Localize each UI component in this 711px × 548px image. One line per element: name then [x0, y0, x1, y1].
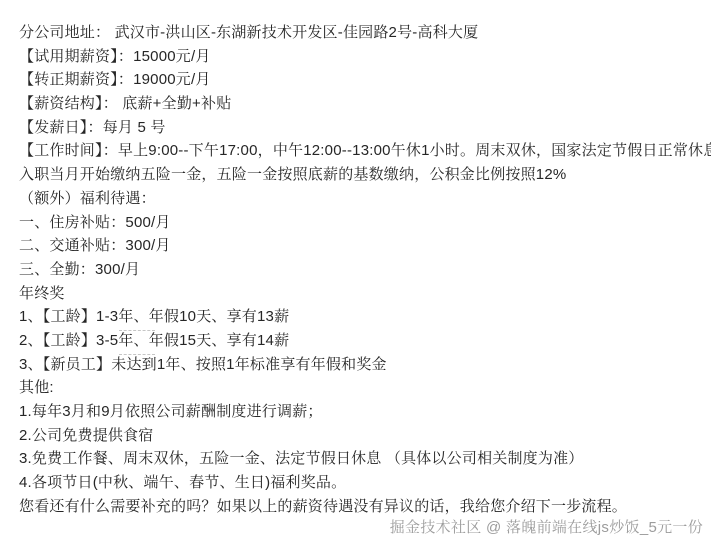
doc-line-festival-gifts: 4.各项节日(中秋、端午、春节、生日)福利奖品。 [19, 471, 711, 495]
doc-line-regular-salary: 【转正期薪资】：19000元/月 [19, 68, 711, 92]
doc-line-seniority-1-3: 1、【工龄】1-3年、年假10天、享有13薪 [19, 305, 711, 329]
spellcheck-underline [119, 353, 155, 355]
doc-line-new-employee: 3、【新员工】未达到1年、按照1年标准享有年假和奖金 [19, 353, 711, 377]
spellcheck-underline [119, 329, 155, 331]
doc-line-closing-question: 您看还有什么需要补充的吗？如果以上的薪资待遇没有异议的话，我给您介绍下一步流程。 [19, 495, 711, 519]
doc-line-benefits-heading: （额外）福利待遇： [19, 187, 711, 211]
doc-line-payday: 【发薪日】：每月 5 号 [19, 116, 711, 140]
watermark-credit: 掘金技术社区 @ 落魄前端在线js炒饭_5元一份 [390, 518, 703, 538]
doc-line-other-heading: 其他: [19, 376, 711, 400]
doc-line-housing-subsidy: 一、住房补贴：500/月 [19, 211, 711, 235]
doc-line-social-insurance: 入职当月开始缴纳五险一金，五险一金按照底薪的基数缴纳，公积金比例按照12% [19, 163, 711, 187]
doc-line-free-meals: 3.免费工作餐、周末双休，五险一金、法定节假日休息 （具体以公司相关制度为准） [19, 447, 711, 471]
doc-line-seniority-3-5: 2、【工龄】3-5年、年假15天、享有14薪 [19, 329, 711, 353]
doc-line-attendance-bonus: 三、全勤：300/月 [19, 258, 711, 282]
doc-line-salary-review: 1.每年3月和9月依照公司薪酬制度进行调薪； [19, 400, 711, 424]
doc-line-salary-structure: 【薪资结构】： 底薪+全勤+补贴 [19, 92, 711, 116]
doc-line-company-address: 分公司地址： 武汉市-洪山区-东湖新技术开发区-佳园路2号-高科大厦 [19, 21, 711, 45]
doc-line-transport-subsidy: 二、交通补贴：300/月 [19, 234, 711, 258]
doc-line-probation-salary: 【试用期薪资】：15000元/月 [19, 45, 711, 69]
doc-line-free-board: 2.公司免费提供食宿 [19, 424, 711, 448]
salary-offer-document: 分公司地址： 武汉市-洪山区-东湖新技术开发区-佳园路2号-高科大厦 【试用期薪… [19, 21, 711, 518]
doc-line-working-hours: 【工作时间】：早上9:00--下午17:00，中午12:00--13:00午休1… [19, 139, 711, 163]
doc-line-annual-bonus-heading: 年终奖 [19, 282, 711, 306]
